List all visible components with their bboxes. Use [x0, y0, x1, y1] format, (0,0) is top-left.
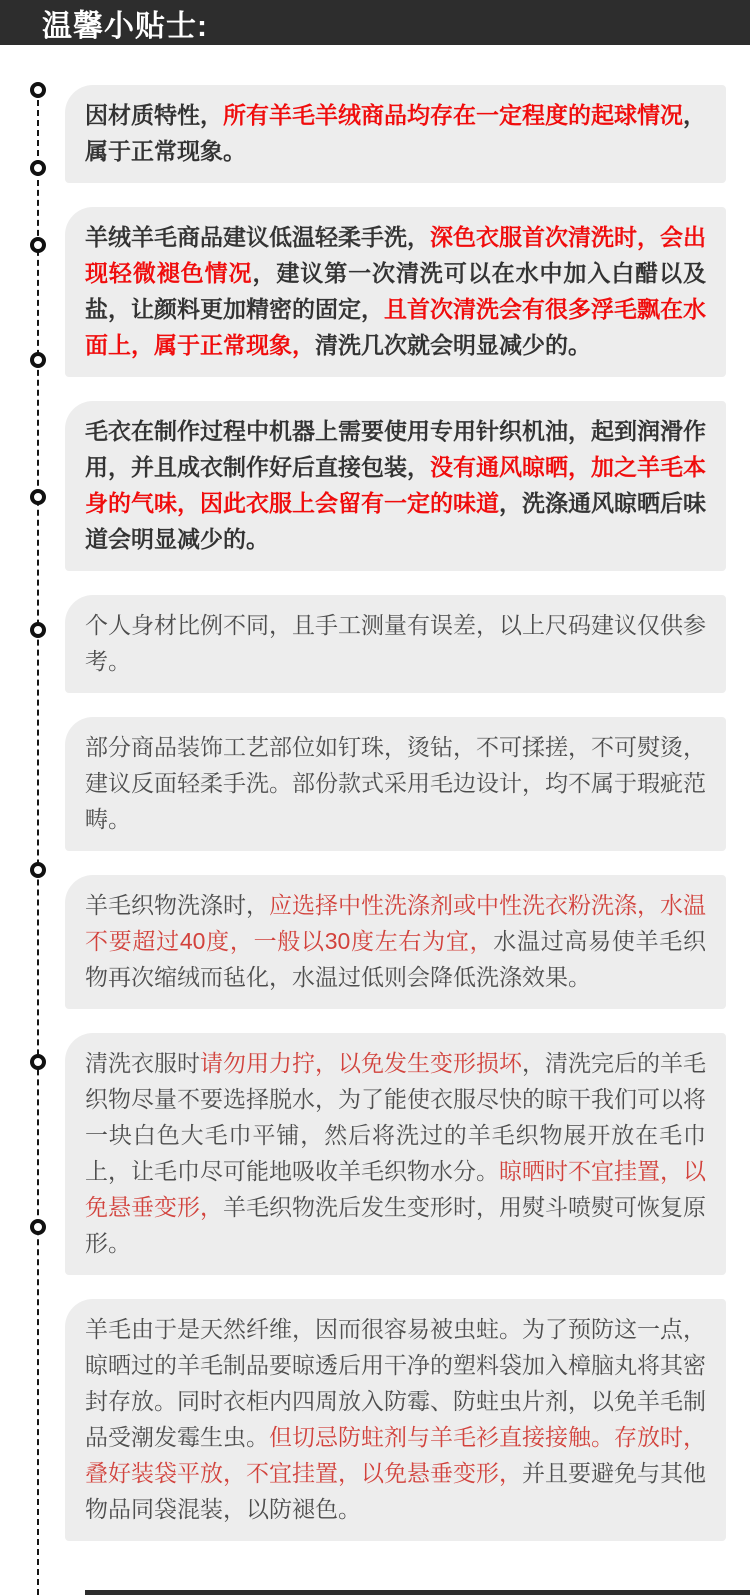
tip-box-7: 清洗衣服时请勿用力拧，以免发生变形损坏，清洗完后的羊毛织物尽量不要选择脱水，为了… — [65, 1033, 726, 1275]
tip-box-6: 羊毛织物洗涤时，应选择中性洗涤剂或中性洗衣粉洗涤，水温不要超过40度，一般以30… — [65, 875, 726, 1009]
tip-box-3: 毛衣在制作过程中机器上需要使用专用针织机油，起到润滑作用，并且成衣制作好后直接包… — [65, 401, 726, 571]
next-section-edge — [85, 1590, 750, 1595]
timeline-dot-4 — [30, 352, 46, 368]
tip-5-segment-1: 部分商品装饰工艺部位如钉珠，烫钻，不可揉搓，不可熨烫，建议反面轻柔手洗。部份款式… — [85, 734, 706, 832]
tip-4-segment-1: 个人身材比例不同，且手工测量有误差，以上尺码建议仅供参考。 — [85, 612, 706, 674]
timeline-dot-8 — [30, 1054, 46, 1070]
tip-6-segment-1: 羊毛织物洗涤时， — [85, 892, 269, 918]
timeline-dot-9 — [30, 1219, 46, 1235]
section-title: 温馨小贴士: — [42, 1, 208, 45]
tip-1-segment-2: 所有羊毛羊绒商品均存在一定程度的起球情况 — [223, 102, 683, 128]
timeline-dot-2 — [30, 160, 46, 176]
tip-1-segment-1: 因材质特性， — [85, 102, 223, 128]
timeline-dot-7 — [30, 862, 46, 878]
timeline-dot-1 — [30, 82, 46, 98]
tip-box-8: 羊毛由于是天然纤维，因而很容易被虫蛀。为了预防这一点，晾晒过的羊毛制品要晾透后用… — [65, 1299, 726, 1541]
tips-list: 因材质特性，所有羊毛羊绒商品均存在一定程度的起球情况，属于正常现象。羊绒羊毛商品… — [65, 85, 726, 1595]
tip-2-segment-5: 清洗几次就会明显减少的。 — [315, 332, 591, 358]
tip-2-segment-1: 羊绒羊毛商品建议低温轻柔手洗， — [85, 224, 430, 250]
tip-7-segment-2: 请勿用力拧，以免发生变形损坏 — [200, 1050, 522, 1076]
timeline-dashed-line — [37, 90, 39, 1595]
section-header: 温馨小贴士: — [0, 0, 750, 45]
tip-box-5: 部分商品装饰工艺部位如钉珠，烫钻，不可揉搓，不可熨烫，建议反面轻柔手洗。部份款式… — [65, 717, 726, 851]
tip-7-segment-1: 清洗衣服时 — [85, 1050, 200, 1076]
tip-box-2: 羊绒羊毛商品建议低温轻柔手洗，深色衣服首次清洗时，会出现轻微褪色情况，建议第一次… — [65, 207, 726, 377]
tip-box-4: 个人身材比例不同，且手工测量有误差，以上尺码建议仅供参考。 — [65, 595, 726, 693]
tips-page: 温馨小贴士: 因材质特性，所有羊毛羊绒商品均存在一定程度的起球情况，属于正常现象… — [0, 0, 750, 1595]
timeline-dot-3 — [30, 237, 46, 253]
tip-box-1: 因材质特性，所有羊毛羊绒商品均存在一定程度的起球情况，属于正常现象。 — [65, 85, 726, 183]
timeline-dot-6 — [30, 622, 46, 638]
timeline-dot-5 — [30, 489, 46, 505]
